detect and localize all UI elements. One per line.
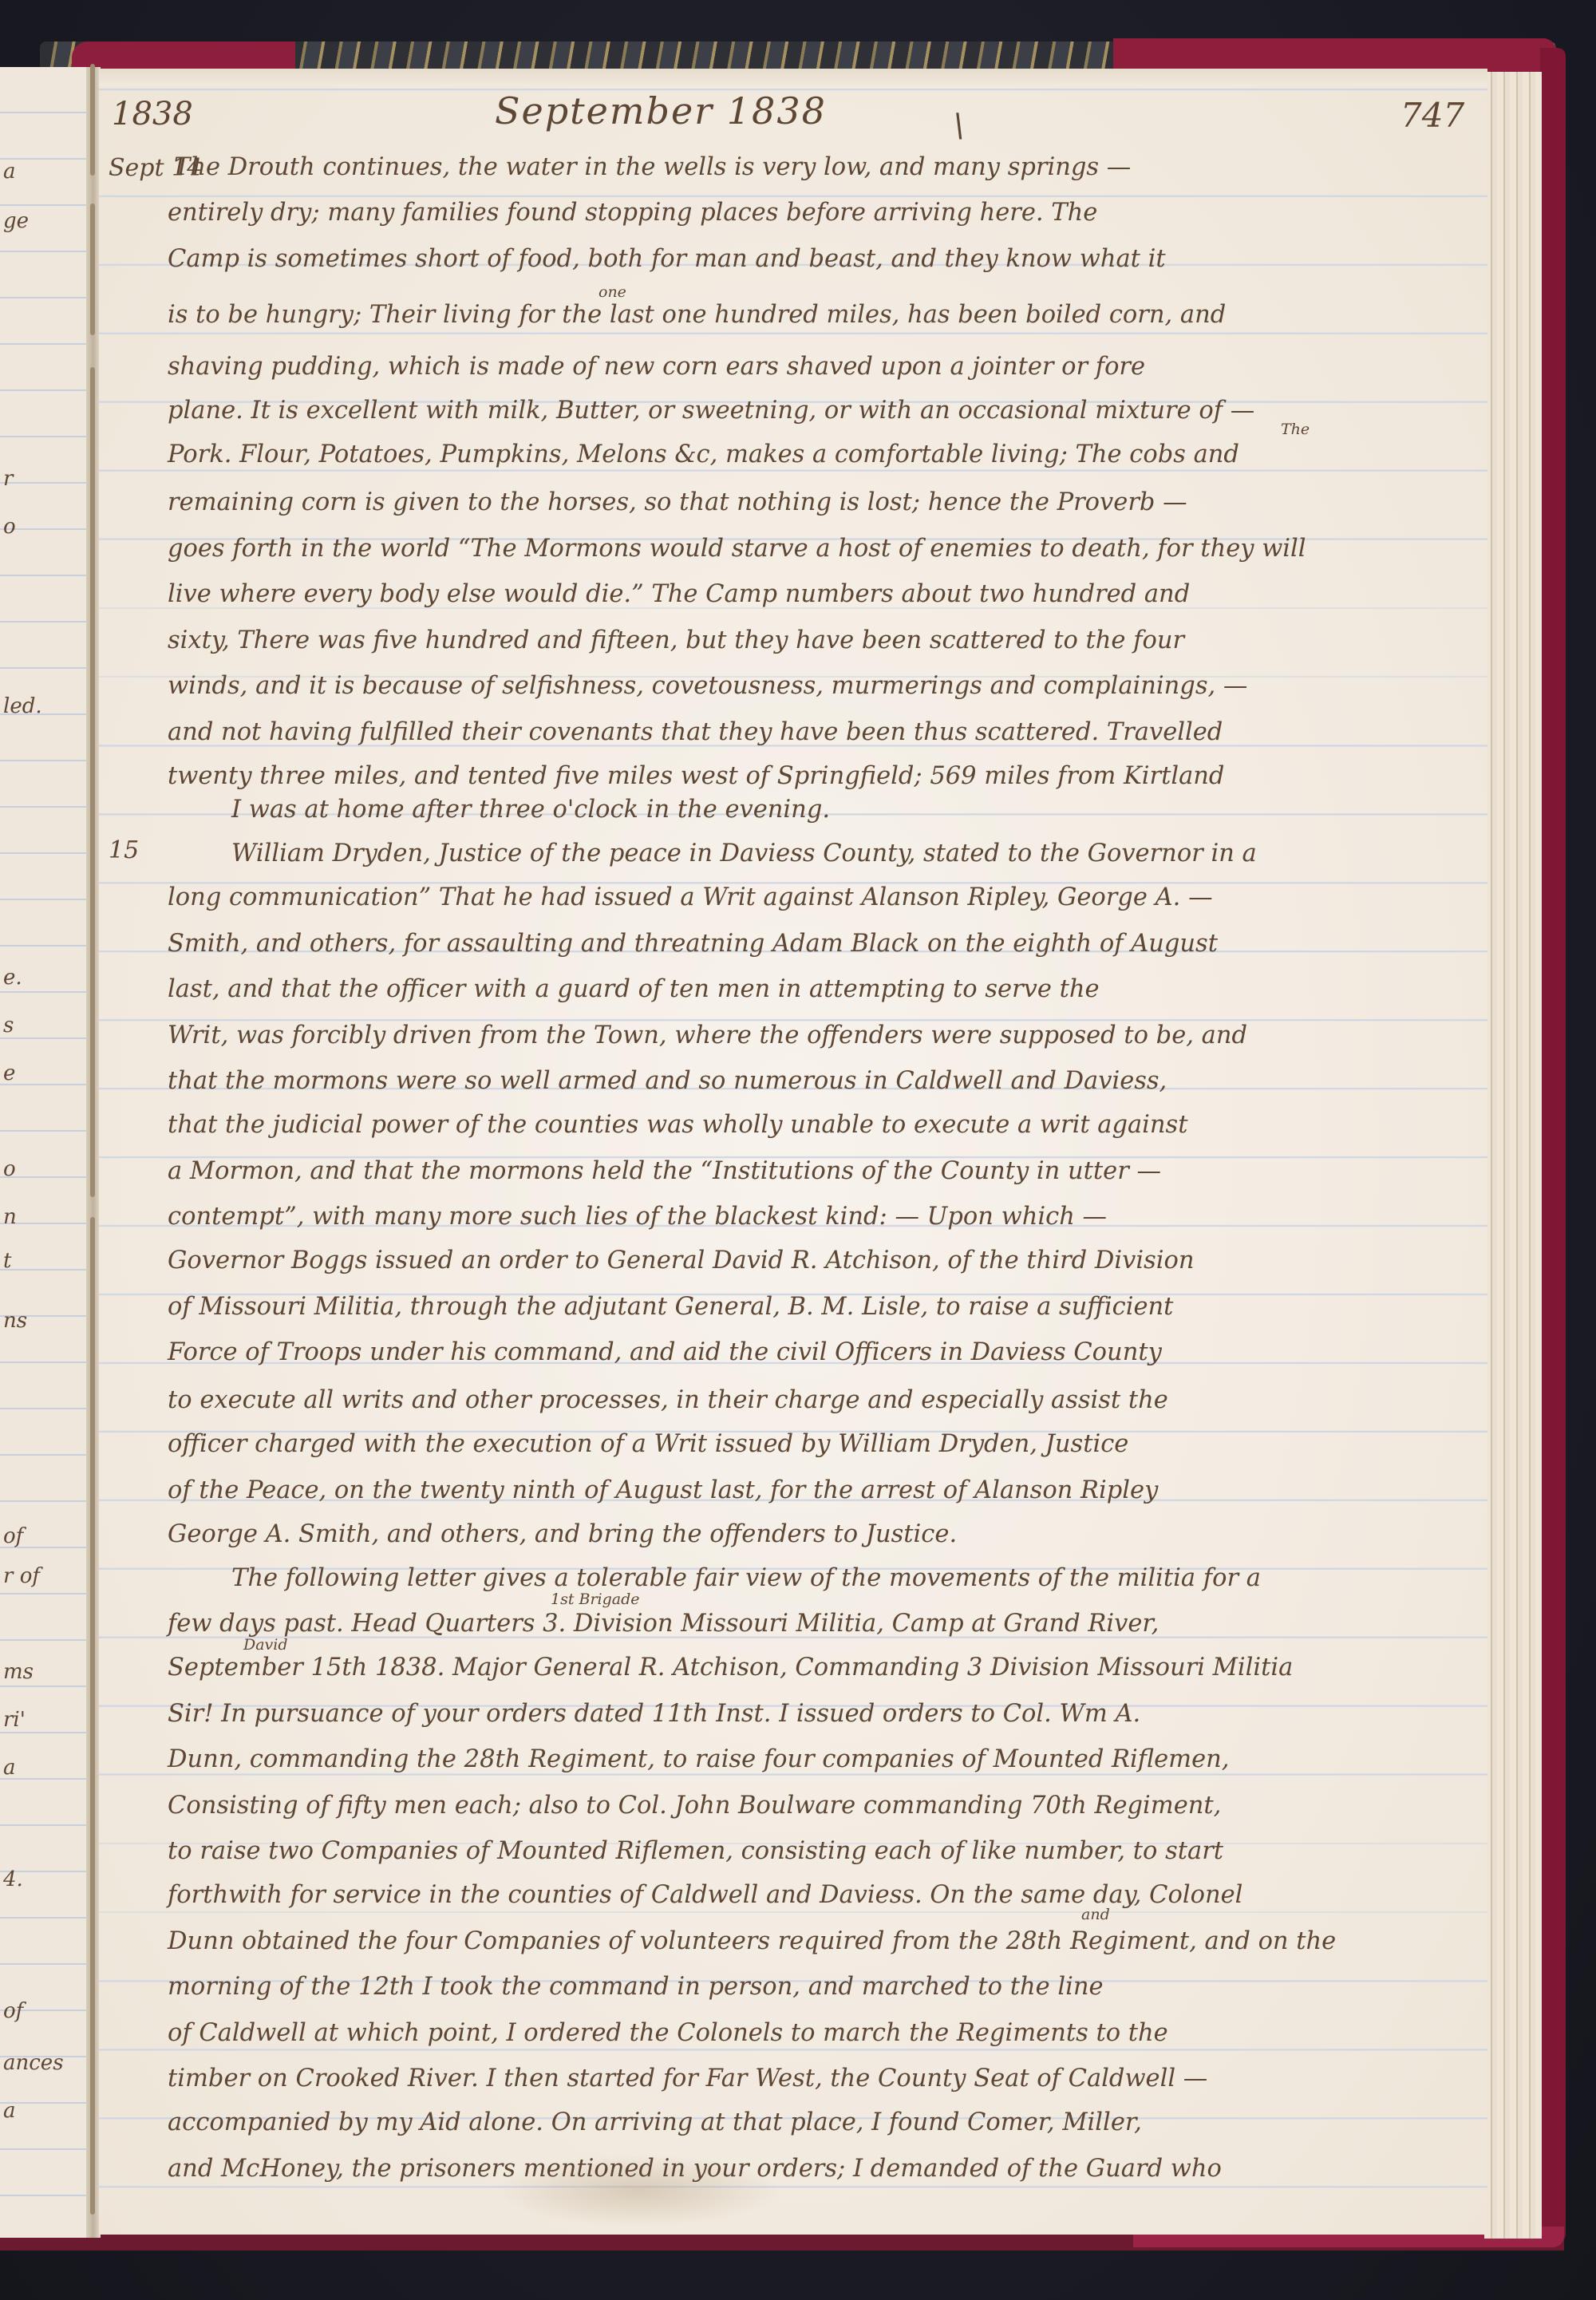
text-line: twenty three miles, and tented five mile… bbox=[168, 761, 1452, 792]
left-page-fragment: e. bbox=[3, 966, 22, 990]
text-line: remaining corn is given to the horses, s… bbox=[168, 487, 1452, 519]
text-line: a Mormon, and that the mormons held the … bbox=[168, 1156, 1452, 1188]
text-line: The following letter gives a tolerable f… bbox=[231, 1563, 1516, 1595]
text-line: accompanied by my Aid alone. On arriving… bbox=[168, 2107, 1452, 2139]
interlinear-insert: and bbox=[1081, 1906, 1110, 1923]
text-line: Dunn, commanding the 28th Regiment, to r… bbox=[168, 1744, 1452, 1776]
text-line: The Drouth continues, the water in the w… bbox=[174, 152, 1459, 184]
text-line: live where every body else would die.” T… bbox=[168, 579, 1452, 611]
text-line: contempt”, with many more such lies of t… bbox=[168, 1201, 1452, 1233]
binding-stitch bbox=[90, 367, 95, 1197]
left-page-fragment: e bbox=[3, 1061, 15, 1085]
text-line: morning of the 12th I took the command i… bbox=[168, 1971, 1452, 2003]
left-page-fragment: t bbox=[3, 1249, 11, 1273]
binding-stitch bbox=[90, 1217, 95, 1405]
binding-stitch bbox=[90, 204, 95, 335]
left-page-fragment: ances bbox=[3, 2051, 64, 2075]
text-line: and McHoney, the prisoners mentioned in … bbox=[168, 2153, 1452, 2185]
text-line: shaving pudding, which is made of new co… bbox=[168, 351, 1452, 383]
text-line: forthwith for service in the counties of… bbox=[168, 1879, 1452, 1911]
text-line: I was at home after three o'clock in the… bbox=[231, 794, 1516, 826]
text-line: Smith, and others, for assaulting and th… bbox=[168, 928, 1452, 960]
text-line: Dunn obtained the four Companies of volu… bbox=[168, 1926, 1452, 1958]
left-page-fragment: r of bbox=[3, 1564, 40, 1588]
left-page-fragment: ge bbox=[3, 209, 29, 233]
interlinear-insert: David bbox=[243, 1636, 288, 1654]
text-line: to execute all writs and other processes… bbox=[168, 1385, 1452, 1417]
left-page-fragment: s bbox=[3, 1014, 14, 1037]
text-line: long communication” That he had issued a… bbox=[168, 882, 1452, 914]
text-line: that the mormons were so well armed and … bbox=[168, 1065, 1452, 1097]
text-line: timber on Crooked River. I then started … bbox=[168, 2063, 1452, 2095]
text-line: plane. It is excellent with milk, Butter… bbox=[168, 395, 1452, 427]
page-title: September 1838 bbox=[495, 89, 827, 132]
text-line: entirely dry; many families found stoppi… bbox=[168, 197, 1452, 229]
text-line: Writ, was forcibly driven from the Town,… bbox=[168, 1020, 1452, 1052]
text-line: sixty, There was five hundred and fiftee… bbox=[168, 625, 1452, 657]
left-page-fragment: 4. bbox=[3, 1867, 23, 1891]
left-page-fragment: o bbox=[3, 1157, 16, 1181]
left-page-fragment: a bbox=[3, 2099, 16, 2123]
left-page-fragment: of bbox=[3, 1524, 23, 1548]
text-line: last, and that the officer with a guard … bbox=[168, 974, 1452, 1006]
text-line: is to be hungry; Their living for the la… bbox=[168, 299, 1452, 331]
text-line: Consisting of fifty men each; also to Co… bbox=[168, 1790, 1452, 1822]
text-line: of Caldwell at which point, I ordered th… bbox=[168, 2017, 1452, 2049]
interlinear-insert: one bbox=[598, 283, 626, 301]
text-line: William Dryden, Justice of the peace in … bbox=[231, 838, 1516, 870]
text-line: to raise two Companies of Mounted Riflem… bbox=[168, 1836, 1452, 1867]
text-line: Governor Boggs issued an order to Genera… bbox=[168, 1245, 1452, 1277]
left-page-sliver bbox=[0, 67, 92, 2238]
left-page-fragment: r bbox=[3, 467, 13, 491]
binding-stitch bbox=[90, 1393, 95, 2215]
text-line: and not having fulfilled their covenants… bbox=[168, 717, 1452, 749]
text-line: of Missouri Militia, through the adjutan… bbox=[168, 1291, 1452, 1323]
left-page-fragment: a bbox=[3, 160, 16, 184]
text-line: Force of Troops under his command, and a… bbox=[168, 1337, 1452, 1369]
header-year: 1838 bbox=[112, 96, 193, 132]
left-page-fragment: ns bbox=[3, 1309, 27, 1333]
text-line: September 15th 1838. Major General R. At… bbox=[168, 1652, 1452, 1684]
text-line: Pork. Flour, Potatoes, Pumpkins, Melons … bbox=[168, 439, 1452, 471]
cover-edge-right bbox=[1540, 48, 1566, 2243]
left-page-fragment: ms bbox=[3, 1660, 34, 1684]
left-page-fragment: a bbox=[3, 1756, 16, 1780]
binding-stitch bbox=[90, 64, 95, 176]
text-line: winds, and it is because of selfishness,… bbox=[168, 670, 1452, 702]
text-line: officer charged with the execution of a … bbox=[168, 1429, 1452, 1460]
left-page-fragment: o bbox=[3, 515, 16, 539]
left-page-fragment: n bbox=[3, 1205, 17, 1229]
page-number: 747 bbox=[1400, 96, 1464, 135]
left-page-fragment: of bbox=[3, 1999, 23, 2023]
ink-mark: \ bbox=[954, 108, 964, 144]
text-line: few days past. Head Quarters 3. Division… bbox=[168, 1608, 1452, 1640]
text-line: that the judicial power of the counties … bbox=[168, 1109, 1452, 1141]
text-line: George A. Smith, and others, and bring t… bbox=[168, 1519, 1452, 1551]
interlinear-insert: The bbox=[1281, 421, 1310, 438]
text-line: of the Peace, on the twenty ninth of Aug… bbox=[168, 1475, 1452, 1507]
text-line: Camp is sometimes short of food, both fo… bbox=[168, 243, 1452, 275]
text-line: goes forth in the world “The Mormons wou… bbox=[168, 533, 1452, 565]
page-top-edge bbox=[99, 69, 1487, 86]
left-page-fragment: led. bbox=[3, 694, 42, 718]
left-page-fragment: ri' bbox=[3, 1708, 26, 1732]
entry-date: 15 bbox=[109, 836, 139, 864]
page-edges bbox=[1484, 72, 1542, 2239]
interlinear-insert: 1st Brigade bbox=[551, 1591, 640, 1608]
text-line: Sir! In pursuance of your orders dated 1… bbox=[168, 1698, 1452, 1730]
